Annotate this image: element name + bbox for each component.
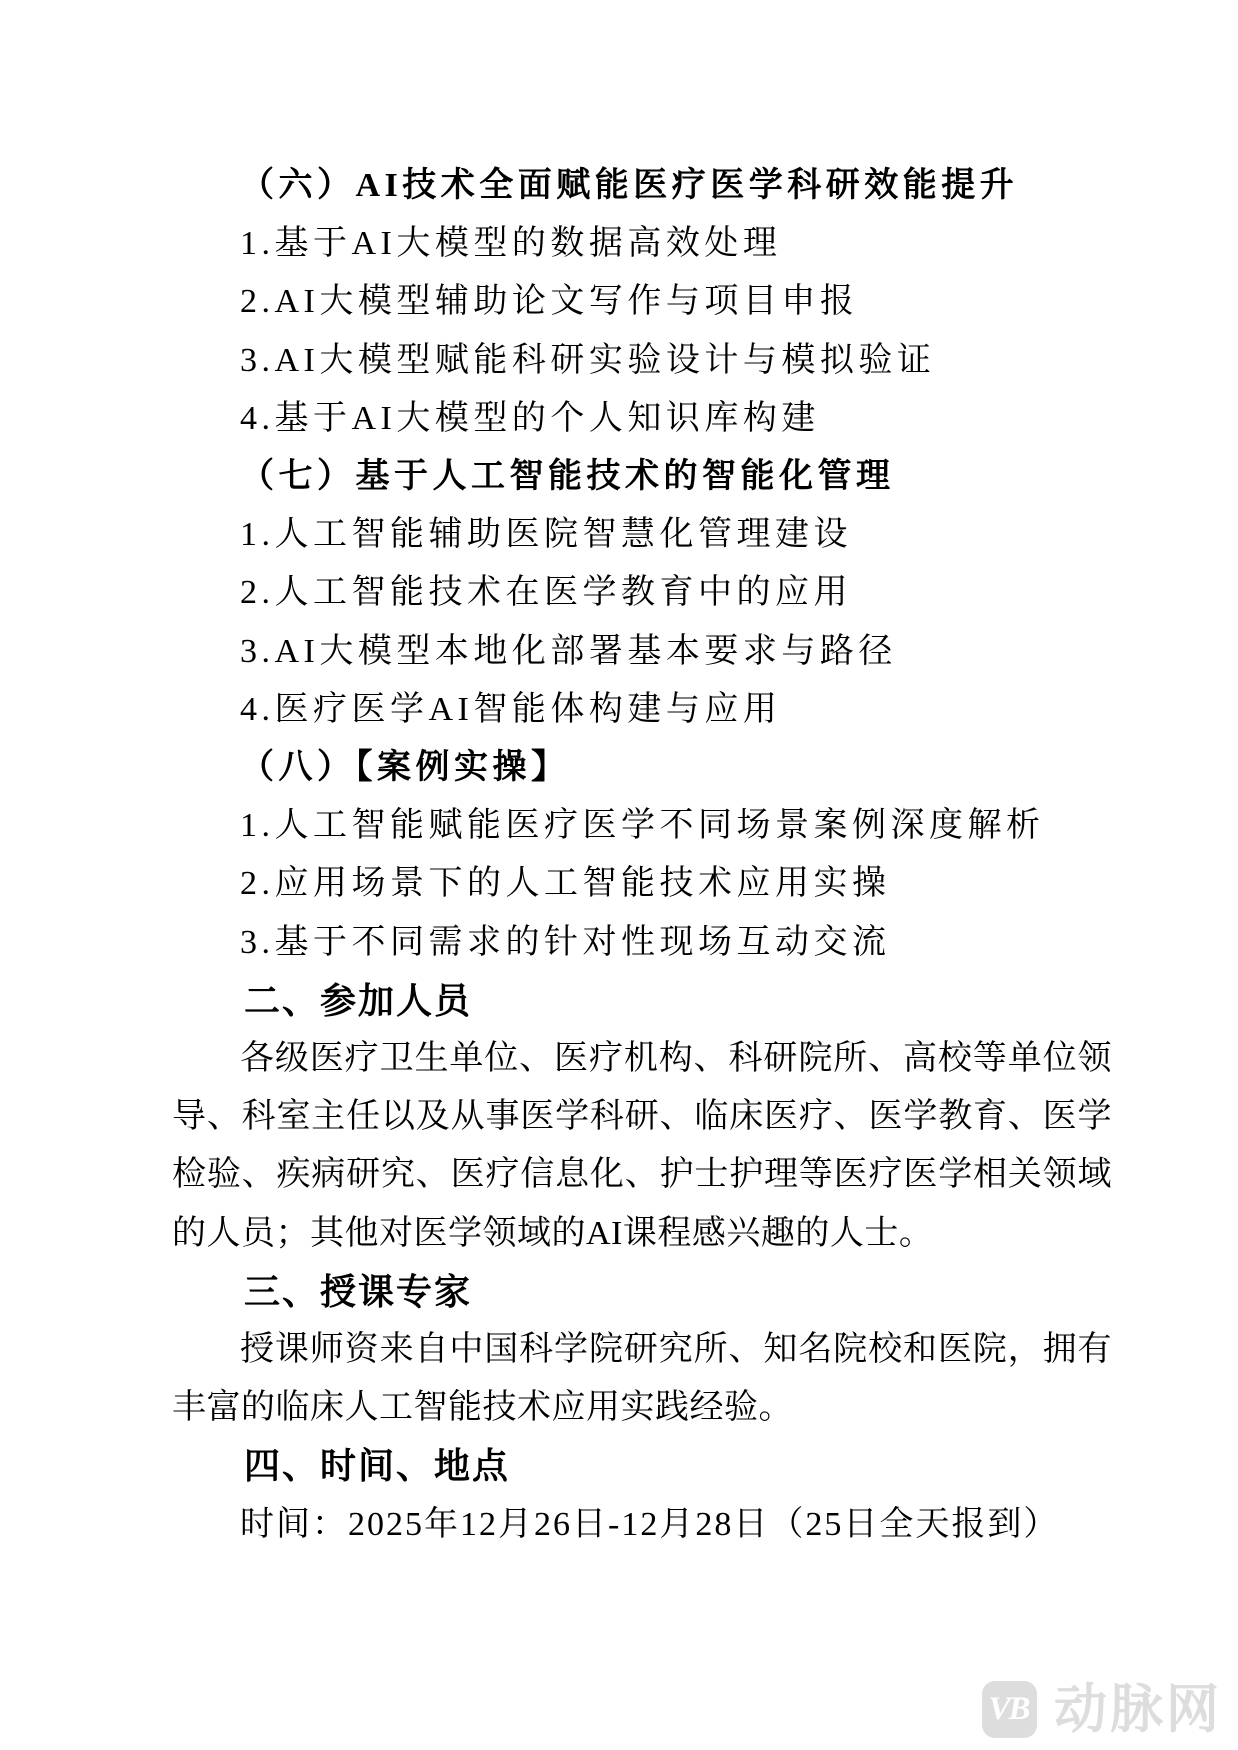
agenda-item-7-2: 2.人工智能技术在医学教育中的应用 bbox=[172, 564, 1112, 622]
experts-paragraph: 授课师资来自中国科学院研究所、知名院校和医院，拥有丰富的临床人工智能技术应用实践… bbox=[172, 1321, 1112, 1437]
agenda-item-6-4: 4.基于AI大模型的个人知识库构建 bbox=[172, 390, 1112, 448]
watermark: VB 动脉网 bbox=[982, 1681, 1222, 1738]
agenda-item-6-1: 1.基于AI大模型的数据高效处理 bbox=[172, 215, 1112, 273]
agenda-item-7-1: 1.人工智能辅助医院智慧化管理建设 bbox=[172, 506, 1112, 564]
agenda-item-8-3: 3.基于不同需求的针对性现场互动交流 bbox=[172, 914, 1112, 972]
section-heading-8: （八）【案例实操】 bbox=[172, 739, 1112, 797]
document-body: （六）AI技术全面赋能医疗医学科研效能提升 1.基于AI大模型的数据高效处理 2… bbox=[172, 157, 1112, 1554]
agenda-item-6-2: 2.AI大模型辅助论文写作与项目申报 bbox=[172, 273, 1112, 331]
chapter-heading-time-place: 四、时间、地点 bbox=[172, 1437, 1112, 1495]
agenda-item-8-2: 2.应用场景下的人工智能技术应用实操 bbox=[172, 855, 1112, 913]
chapter-heading-participants: 二、参加人员 bbox=[172, 972, 1112, 1030]
vb-logo-icon: VB bbox=[982, 1681, 1037, 1738]
document-page: { "page": { "background": "#ffffff", "te… bbox=[0, 0, 1238, 1750]
time-line: 时间：2025年12月26日-12月28日（25日全天报到） bbox=[172, 1496, 1112, 1554]
watermark-brand-name: 动脉网 bbox=[1054, 1683, 1222, 1736]
section-heading-6: （六）AI技术全面赋能医疗医学科研效能提升 bbox=[172, 157, 1112, 215]
participants-paragraph: 各级医疗卫生单位、医疗机构、科研院所、高校等单位领导、科室主任以及从事医学科研、… bbox=[172, 1030, 1112, 1263]
chapter-heading-experts: 三、授课专家 bbox=[172, 1263, 1112, 1321]
vb-monogram: VB bbox=[988, 1693, 1030, 1726]
agenda-item-8-1: 1.人工智能赋能医疗医学不同场景案例深度解析 bbox=[172, 797, 1112, 855]
agenda-item-7-3: 3.AI大模型本地化部署基本要求与路径 bbox=[172, 623, 1112, 681]
agenda-item-7-4: 4.医疗医学AI智能体构建与应用 bbox=[172, 681, 1112, 739]
section-heading-7: （七）基于人工智能技术的智能化管理 bbox=[172, 448, 1112, 506]
agenda-item-6-3: 3.AI大模型赋能科研实验设计与模拟验证 bbox=[172, 332, 1112, 390]
